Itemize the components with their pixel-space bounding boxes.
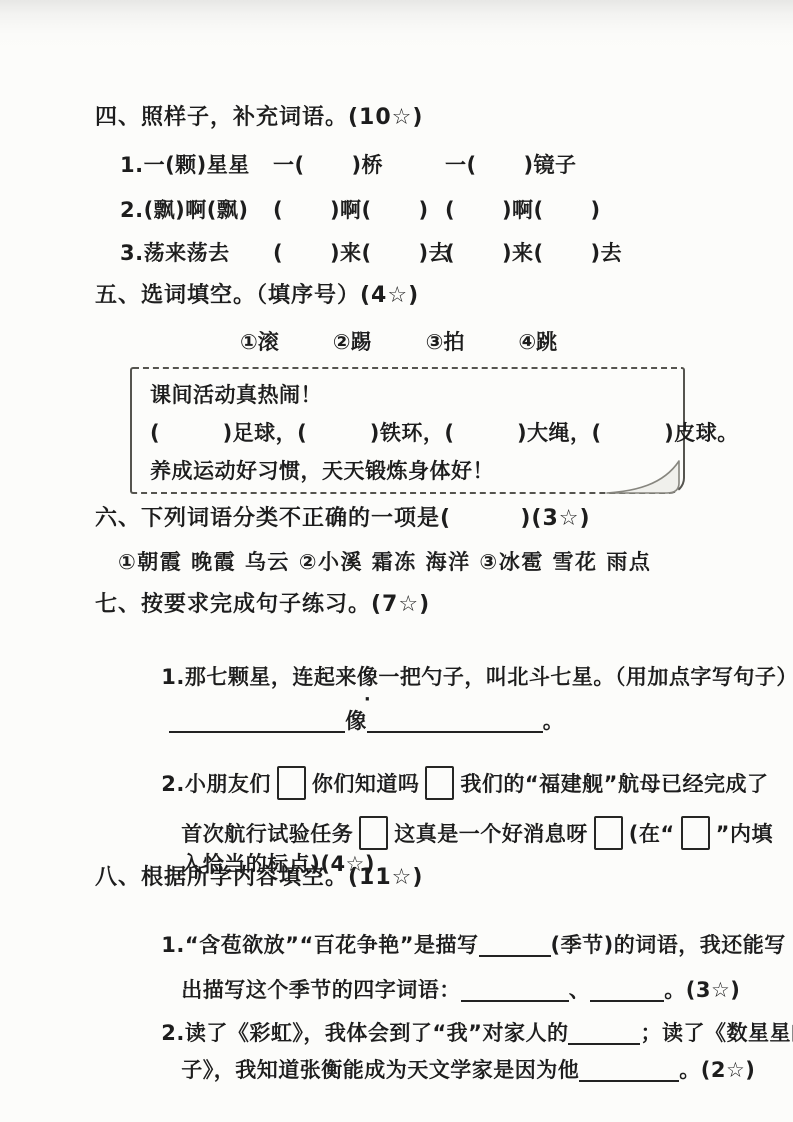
punctuation-box	[594, 816, 623, 850]
section-5-heading: 五、选词填空。（填序号）(4☆)	[95, 282, 419, 311]
s4-blank-phrase: ( )来( )去	[445, 237, 622, 267]
question-text: 。(2☆)	[679, 1058, 755, 1082]
note-line-2: ( )足球，( )铁环，( )大绳，( )皮球。	[150, 417, 739, 447]
note-line-1: 课间活动真热闹！	[150, 379, 322, 409]
note-box: 课间活动真热闹！ ( )足球，( )铁环，( )大绳，( )皮球。 养成运动好习…	[130, 367, 685, 494]
s4-blank-phrase: 一( )镜子	[445, 149, 577, 179]
option-1: ①滚	[240, 326, 279, 356]
word-options: ①滚 ②踢 ③拍 ④跳	[240, 326, 557, 356]
option-2: ②踢	[333, 326, 372, 356]
question-text: 子》，我知道张衡能成为天文学家是因为他	[181, 1058, 579, 1082]
s4-example: 1.一(颗)星星	[120, 149, 273, 179]
section-6-word-groups: ①朝霞 晚霞 乌云 ②小溪 霜冻 海洋 ③冰雹 雪花 雨点	[118, 549, 651, 576]
page-curl-icon	[605, 453, 685, 495]
s4-blank-phrase: ( )啊( )	[445, 194, 601, 224]
s4-blank-phrase: ( )啊( )	[273, 194, 445, 224]
note-line-3: 养成运动好习惯，天天锻炼身体好！	[150, 455, 494, 485]
answer-blank	[579, 1060, 679, 1082]
exam-page: 四、照样子，补充词语。(10☆) 1.一(颗)星星 一( )桥 一( )镜子 2…	[0, 0, 793, 1122]
punctuation-box	[681, 816, 710, 850]
question-text: (在“	[629, 822, 675, 846]
section-6-heading: 六、下列词语分类不正确的一项是( )(3☆)	[95, 505, 591, 534]
question-text: 这真是一个好消息呀	[394, 822, 588, 846]
option-3: ③拍	[426, 326, 465, 356]
section-4-row-1: 1.一(颗)星星 一( )桥 一( )镜子	[120, 149, 577, 179]
s4-blank-phrase: ( )来( )去	[273, 237, 445, 267]
s4-example: 2.(飘)啊(飘)	[120, 194, 273, 224]
s4-example: 3.荡来荡去	[120, 237, 273, 267]
section-4-row-3: 3.荡来荡去 ( )来( )去 ( )来( )去	[120, 237, 622, 267]
s4-blank-phrase: 一( )桥	[273, 149, 445, 179]
question-8-2-line-2: 子》，我知道张衡能成为天文学家是因为他。(2☆)	[150, 1030, 755, 1112]
section-4-row-2: 2.(飘)啊(飘) ( )啊( ) ( )啊( )	[120, 194, 601, 224]
section-4-heading: 四、照样子，补充词语。(10☆)	[95, 104, 423, 133]
question-text: ”内填	[716, 822, 773, 846]
section-7-heading: 七、按要求完成句子练习。(7☆)	[95, 591, 430, 620]
option-4: ④跳	[518, 326, 557, 356]
section-8-heading: 八、根据所学内容填空。(11☆)	[95, 864, 423, 893]
